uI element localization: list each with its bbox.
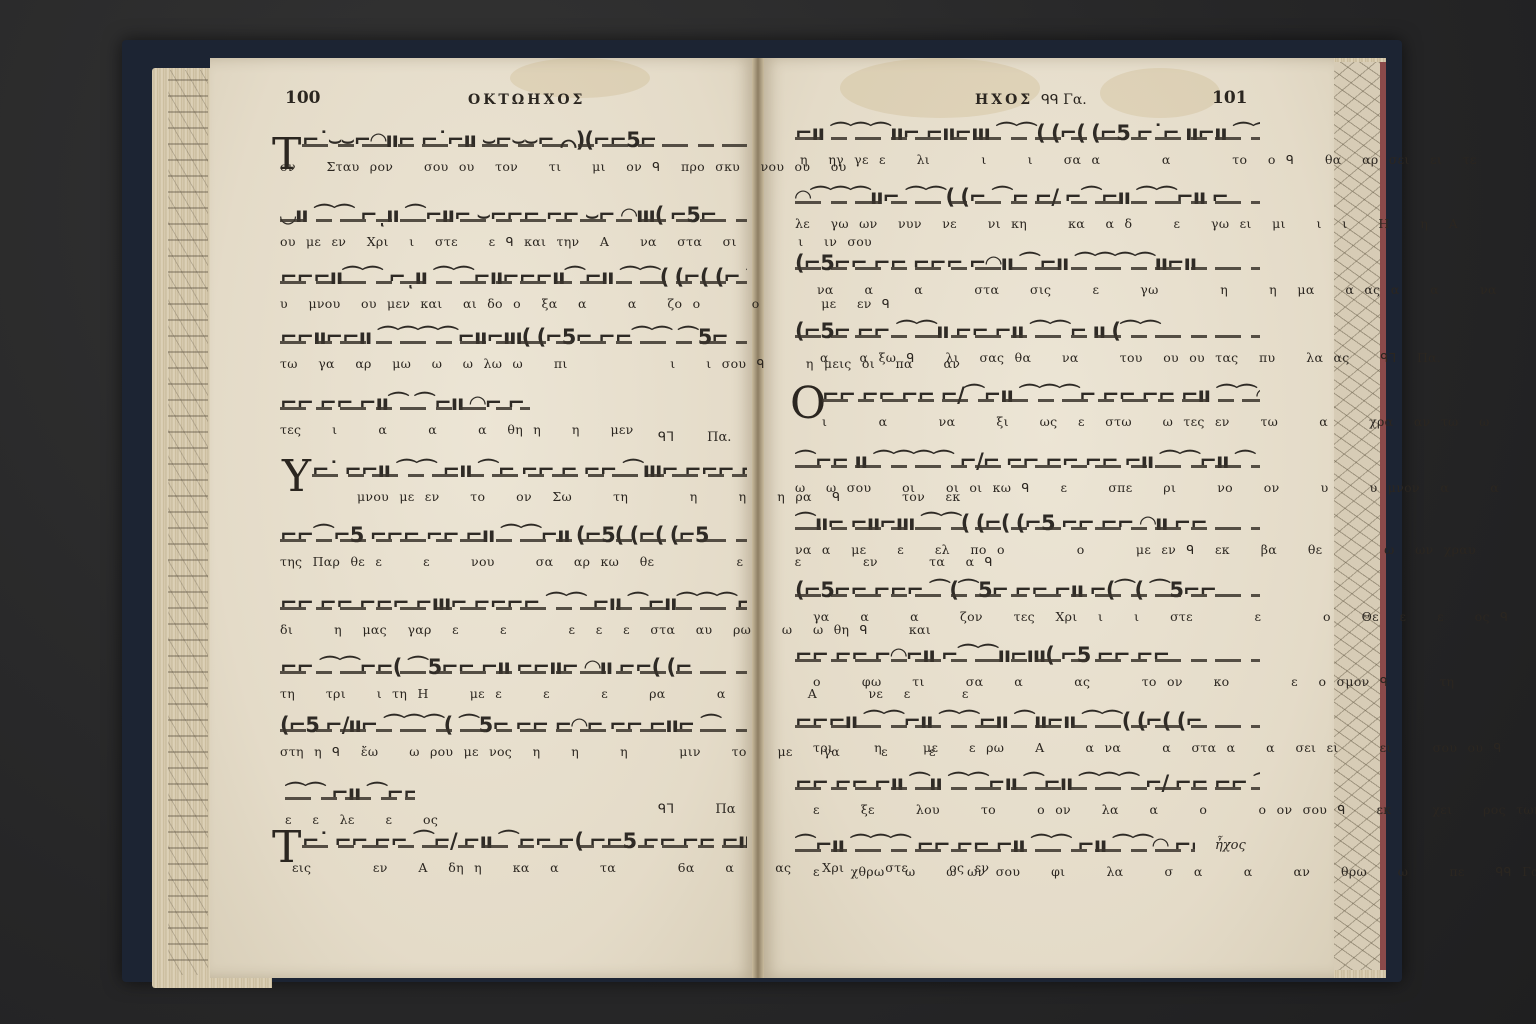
lyric-row: υ μνου ου μεν και αι δο ο ξα α α ζο ο ο … — [280, 296, 747, 318]
marbled-edge-right — [1334, 62, 1382, 970]
mode-signature: ᑫᑫ Γα. — [1041, 92, 1087, 108]
page-edge-pattern-left — [168, 70, 208, 975]
neume-row: ⌒⌐⌐ ıı ⌒⌒⌒⌒ ⌐/⌐ ⌐⌐ ⌐⌐ ⌐⌐ ⌐ıı ⌒⌒⌐ıı ⌒ — [795, 446, 1260, 476]
neume-row: ⌐˙ ⌐⌐ıı ⌒⌒ ⌐ıı ⌒⌐ ⌐⌐ ⌐ ⌐⌐ ⌒ııı⌐ ⌐⌐⌐ ⌐⌐ — [312, 455, 747, 485]
chant-line: ⌐˙ ⌐⌐ ⌐⌐ ⌒⌐/ ⌐ıı ⌒⌐⌐ ⌐( ⌐⌐5 ⌐⌐ ⌐⌐ ⌐ıı ⌒⌐… — [302, 826, 747, 888]
lyric-row: ο φω τι σα α ας το ον κο ε ο σμον ᑫ τη — [813, 674, 1260, 696]
lyric-row: εις εν Α δη η κα α τα 6α α ας Χρι στε ος… — [292, 860, 747, 882]
neume-row: ⌐⌐⌒⌐5 ⌐⌐⌐ ⌐⌐ ⌐ıı ⌒⌒⌐ıı (⌐5( (⌐( (⌐5 — [280, 520, 747, 550]
neume-row: ⌐⌐⌐ıı⌒⌒ ⌐ͺıı ⌒⌒⌐ıı⌐⌐⌐ıı⌒⌐ıı ⌒⌒( (⌐( (⌐ ⌒ — [280, 262, 747, 292]
neume-row: (⌐5 ⌐/ıı⌐ ⌒⌒⌒( ⌒5⌐ ⌐⌐ ⌐◠⌐ ⌐⌐ ⌐ıı⌐ ⌒ — [280, 710, 747, 740]
lyric-row: λε γω ων νυν νε νι κη κα α δ ε γω ει μι … — [795, 216, 1260, 238]
neume-row: ⌐⌐ ⌐⌐ ⌐ıı⌒ ⌒⌐ıı ◠⌐ ⌐ ⌐⌐ ıı .. — [280, 388, 530, 418]
neume-row: ⌒⌒ ⌐ıı ⌒⌐⌐ — [285, 778, 415, 808]
lyric-row: στη η ᑫ ἔω ω ρου με νος η η η μιν το με … — [280, 744, 747, 766]
chant-line: ◡ıı ⌒⌒ ⌐ͺıı ⌒⌐ıı⌐ ⌣⌐⌐⌐ ⌐⌐ ⌣⌐ ◠ııı( ⌐5⌐ ο… — [280, 200, 747, 262]
chant-line: ⌐⌐ıı⌐⌐ıı ⌒⌒⌒⌒⌐ıı⌐ııı( (⌐5⌐ ⌐⌐⌒⌒ ⌒5⌐ τω γ… — [280, 322, 747, 384]
lyric-row: τρι η με ε ρω Α α να α στα α α σει ει ει… — [813, 740, 1260, 762]
chant-line: ⌐⌐ ⌐⌐ ⌐ıı⌒ ⌒⌐ıı ◠⌐ ⌐ ⌐⌐ ıı .. τες ι α α … — [280, 388, 530, 450]
chant-line: ◠⌒⌒⌒ıı⌐ ⌒⌒( (⌐ ⌒⌐ ⌐/ ⌐⌒⌐ıı ⌒⌒⌐ıı ⌐ λε γω… — [795, 182, 1260, 244]
neume-row: ⌒ıı⌐ ⌐ıı⌐ııı ⌒⌒( (⌐( (⌐5 ⌐⌐ ⌐⌐ ◠ıı ⌐⌐ — [795, 508, 1260, 538]
lyric-row: ι α να ξι ως ε στω ω τες εν τω α χρα αν … — [822, 414, 1260, 436]
running-title-right: ΗΧΟΣ ᑫᑫ Γα. — [975, 92, 1087, 108]
page-number-left: 100 — [285, 88, 321, 108]
lyric-row: μνου με εν το ον Σω τη η η η ρα ᑫ τον εκ — [357, 489, 747, 511]
paper-stain — [1100, 68, 1220, 118]
book-gutter — [752, 58, 764, 978]
lyric-row: γα α α ζον τες Χρι ι ι στε ε ο Θε ε ε ος… — [813, 609, 1260, 631]
chant-line: ⌒ıı⌐ ⌐ıı⌐ııı ⌒⌒( (⌐( (⌐5 ⌐⌐ ⌐⌐ ◠ıı ⌐⌐ να… — [795, 508, 1260, 570]
neume-row: ◡ıı ⌒⌒ ⌐ͺıı ⌒⌐ıı⌐ ⌣⌐⌐⌐ ⌐⌐ ⌣⌐ ◠ııı( ⌐5⌐ — [280, 200, 747, 230]
chant-line: ⌐⌐ ⌐⌐ ⌐◠⌐ıı ⌐⌒⌒ıı⌐ııı( ⌐5 ⌐⌐ ⌐⌐ ο φω τι … — [795, 640, 1260, 702]
lyric-row: ον Σταυ ρον σου ου τον τι μι ον ᑫ προ σκ… — [280, 159, 747, 181]
chant-line: ⌐⌐ ⌒⌒⌐⌐( ⌒5⌐⌐ ⌐ıı ⌐⌐ıı⌐ ◠ıı ⌐⌐( (⌐ τη τρ… — [280, 652, 747, 714]
drop-cap: Υ — [282, 455, 311, 499]
neume-row: ⌒⌐ıı ⌒⌒⌒ ⌐⌐ ⌐⌐ ⌐ıı ⌒⌒ ⌐ıı ⌒⌒◠ ⌐⌐ ıı .. — [795, 830, 1195, 860]
neume-row: ⌐ıı ⌒⌒⌒ıı⌐ ⌐ıı⌐ııı ⌒⌒( (⌐( (⌐5 ⌐˙⌐ ıı⌐ıı… — [795, 118, 1260, 148]
chant-line: ⌐⌐⌒⌐5 ⌐⌐⌐ ⌐⌐ ⌐ıı ⌒⌒⌐ıı (⌐5( (⌐( (⌐5 της … — [280, 520, 747, 582]
lyric-row: να α α στα σις ε γω η η μα α ας α α να — [817, 282, 1260, 304]
neume-row: ⌐˙ ⌐⌐ ⌐⌐ ⌒⌐/ ⌐ıı ⌒⌐⌐ ⌐( ⌐⌐5 ⌐⌐ ⌐⌐ ⌐ıı ⌒⌐ — [302, 826, 747, 856]
chant-line: (⌐5⌐⌐ ⌐⌐ ⌐⌐⌐ ⌐◠ıı ⌒⌐ıı ⌒⌒⌒⌒ıı⌐ıı να α α … — [795, 248, 1260, 310]
lyric-row: τη τρι ι τη Η με ε ε ε ρα α Α νε ε ε — [280, 686, 747, 708]
lyric-row: α α ξω ᑫ λι σας θα να του ου ου τας πυ λ… — [820, 350, 1260, 372]
neume-row: ⌐⌐ ⌐⌐ ⌐⌐ ⌐/⌒⌐ıı ⌒⌒⌒⌐ ⌐⌐ ⌐⌐ ⌐ıı ⌒⌒◠ — [822, 380, 1260, 410]
chant-line: ⌐⌐⌐ıı⌒⌒ ⌐ͺıı ⌒⌒⌐ıı⌐⌐⌐ıı⌒⌐ıı ⌒⌒( (⌐( (⌐ ⌒… — [280, 262, 747, 324]
lyric-row: της Παρ θε ε ε νου σα αρ κω θε ε ε εν τα… — [280, 554, 747, 576]
mode-ending-mark: ᑫᒣ Πα — [658, 802, 736, 817]
chant-line: ⌐˙⌣⌣⌐◠ıı⌐ ⌐˙⌐ıı ⌣⌐⌣⌣⌐ ⌒)(⌐⌐5⌐ ον Σταυ ρο… — [302, 125, 747, 187]
neume-row: (⌐5⌐⌐ ⌐⌐ ⌐⌐⌐ ⌐◠ıı ⌒⌐ıı ⌒⌒⌒⌒ıı⌐ıı — [795, 248, 1260, 278]
lyric-row: τω γα αρ μω ω ω λω ω πι ι ι σου ᑫ η μεις… — [280, 356, 747, 378]
neume-row: ⌐⌐ ⌒⌒⌐⌐( ⌒5⌐⌐ ⌐ıı ⌐⌐ıı⌐ ◠ıı ⌐⌐( (⌐ — [280, 652, 747, 682]
neume-row: (⌐5⌐⌐ ⌐⌐⌐ ⌒(⌒5⌐ ⌐⌐ ⌐ıı ⌐(⌒( ⌒5⌐⌐ — [795, 575, 1260, 605]
chant-line: (⌐5 ⌐/ıı⌐ ⌒⌒⌒( ⌒5⌐ ⌐⌐ ⌐◠⌐ ⌐⌐ ⌐ıı⌐ ⌒ στη … — [280, 710, 747, 772]
lyric-row: ω ω σου οι οι οι κω ᑫ ε σπε ρι νο ον υ υ… — [795, 480, 1260, 502]
lyric-row: τες ι α α α θη η η μεν — [280, 422, 530, 444]
red-edge-strip — [1380, 62, 1386, 970]
neume-row: ⌐⌐⌐ıı ⌒⌒⌐ıı ⌒⌒⌐ıı ⌒ıı⌐ıı ⌒⌒( (⌐( (⌐ — [795, 706, 1260, 736]
chant-line: ⌒⌐ıı ⌒⌒⌒ ⌐⌐ ⌐⌐ ⌐ıı ⌒⌒ ⌐ıı ⌒⌒◠ ⌐⌐ ıı .. ε… — [795, 830, 1195, 892]
lyric-row: ε χθρω ω ω ων σου φι λα σ α α αν θρω ω π… — [813, 864, 1195, 886]
lyric-row: ε ξε λου το ο ον λα α ο ο ον σου ᑫ εκ χε… — [813, 802, 1260, 824]
mode-ending-mark: ᑫᒣ Πα. — [658, 430, 731, 445]
paper-stain — [840, 58, 1040, 118]
lyric-row: να α με ε ελ πο ο ο με εν ᑫ εκ βα θε ω ω… — [795, 542, 1260, 564]
chant-line: ⌐⌐ ⌐⌐ ⌐⌐ ⌐/⌒⌐ıı ⌒⌒⌒⌐ ⌐⌐ ⌐⌐ ⌐ıı ⌒⌒◠ ι α ν… — [822, 380, 1260, 442]
running-title-left: ΟΚΤΩΗΧΟΣ — [468, 92, 585, 108]
running-title-text: ΗΧΟΣ — [975, 92, 1033, 108]
chant-line: ⌐⌐ ⌐⌐ ⌐ıı ⌒ıı ⌒⌒⌐ıı ⌒⌐ıı ⌒⌒⌒ ⌐/ ⌐⌐ ⌐⌐ ⌒ … — [795, 768, 1260, 830]
chant-line: ⌐˙ ⌐⌐ıı ⌒⌒ ⌐ıı ⌒⌐ ⌐⌐ ⌐ ⌐⌐ ⌒ııı⌐ ⌐⌐⌐ ⌐⌐ μ… — [312, 455, 747, 517]
chant-line: (⌐5⌐⌐ ⌐⌐⌐ ⌒(⌒5⌐ ⌐⌐ ⌐ıı ⌐(⌒( ⌒5⌐⌐ γα α α … — [795, 575, 1260, 637]
chant-line: ⌐ıı ⌒⌒⌒ıı⌐ ⌐ıı⌐ııı ⌒⌒( (⌐( (⌐5 ⌐˙⌐ ıı⌐ıı… — [795, 118, 1260, 180]
neume-row: ⌐˙⌣⌣⌐◠ıı⌐ ⌐˙⌐ıı ⌣⌐⌣⌣⌐ ⌒)(⌐⌐5⌐ — [302, 125, 747, 155]
chant-line: ⌒⌐⌐ ıı ⌒⌒⌒⌒ ⌐/⌐ ⌐⌐ ⌐⌐ ⌐⌐ ⌐ıı ⌒⌒⌐ıı ⌒ ω ω… — [795, 446, 1260, 508]
neume-row: (⌐5⌐ ⌐⌐ ⌒⌒ıı ⌐⌐ ⌐ıı ⌒⌒⌐ ıı (⌒⌒ — [795, 316, 1260, 346]
lyric-row: η ηγ γε ε λι ι ι σα α α το ο ᑫ θα αρ σει… — [800, 152, 1260, 174]
page-number-right: 101 — [1212, 88, 1248, 108]
lyric-row: ου με εν Χρι ι στε ε ᑫ και την Α να στα … — [280, 234, 747, 256]
lyric-row: δι η μας γαρ ε ε ε ε ε στα αυ ρω ω ω θη … — [280, 622, 747, 644]
chant-line: ⌐⌐ ⌐⌐ ⌐⌐⌐ ⌐ııı⌐ ⌐⌐⌐⌐ ⌒⌒ ⌐ıı ⌒⌐ıı⌒⌒⌒⌐ ⌐/ … — [280, 588, 747, 650]
drop-cap: Ο — [790, 382, 826, 426]
neume-row: ◠⌒⌒⌒ıı⌐ ⌒⌒( (⌐ ⌒⌐ ⌐/ ⌐⌒⌐ıı ⌒⌒⌐ıı ⌐ — [795, 182, 1260, 212]
neume-row: ⌐⌐ ⌐⌐ ⌐⌐⌐ ⌐ııı⌐ ⌐⌐⌐⌐ ⌒⌒ ⌐ıı ⌒⌐ıı⌒⌒⌒⌐ ⌐/ — [280, 588, 747, 618]
chant-line: ⌐⌐⌐ıı ⌒⌒⌐ıı ⌒⌒⌐ıı ⌒ıı⌐ıı ⌒⌒( (⌐( (⌐ τρι … — [795, 706, 1260, 768]
echos-label: ἦχος — [1215, 838, 1246, 853]
neume-row: ⌐⌐ ⌐⌐ ⌐ıı ⌒ıı ⌒⌒⌐ıı ⌒⌐ıı ⌒⌒⌒ ⌐/ ⌐⌐ ⌐⌐ ⌒ — [795, 768, 1260, 798]
neume-row: ⌐⌐ıı⌐⌐ıı ⌒⌒⌒⌒⌐ıı⌐ııı( (⌐5⌐ ⌐⌐⌒⌒ ⌒5⌐ — [280, 322, 747, 352]
neume-row: ⌐⌐ ⌐⌐ ⌐◠⌐ıı ⌐⌒⌒ıı⌐ııı( ⌐5 ⌐⌐ ⌐⌐ — [795, 640, 1260, 670]
chant-line: (⌐5⌐ ⌐⌐ ⌒⌒ıı ⌐⌐ ⌐ıı ⌒⌒⌐ ıı (⌒⌒ α α ξω ᑫ … — [795, 316, 1260, 378]
